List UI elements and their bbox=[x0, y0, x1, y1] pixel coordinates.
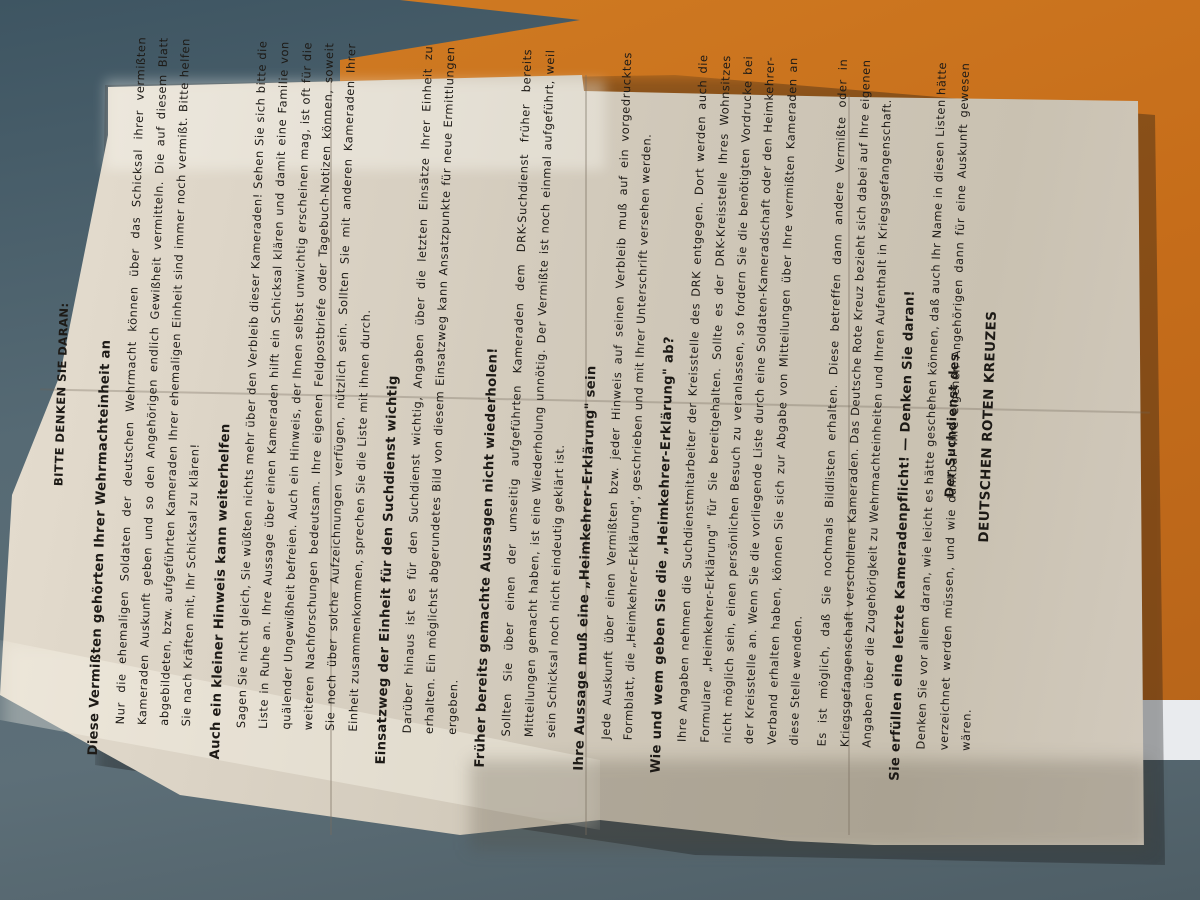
section-missing-persons: Diese Vermißten gehörten Ihrer Wehrmacht… bbox=[83, 36, 219, 759]
section-no-repeat: Früher bereits gemachte Aussagen nicht w… bbox=[470, 48, 584, 771]
section-paragraph: Es ist möglich, daß Sie nochmals Bildlis… bbox=[810, 58, 899, 780]
document-title: BITTE DENKEN SIE DARAN: bbox=[39, 34, 84, 754]
section-paragraph: Sagen Sie nicht gleich, Sie wüßten nicht… bbox=[229, 40, 385, 764]
section-deployment-route: Einsatzweg der Einheit für den Suchdiens… bbox=[371, 45, 485, 768]
section-how-to-submit: Wie und wem geben Sie die „Heimkehrer-Er… bbox=[646, 53, 899, 780]
section-paragraph: Ihre Angaben nehmen die Suchdienstmitarb… bbox=[670, 54, 826, 778]
section-small-hint: Auch ein kleiner Hinweis kann weiterhelf… bbox=[205, 39, 386, 764]
section-declaration: Ihre Aussage muß eine „Heimkehrer-Erklär… bbox=[569, 51, 660, 773]
signature-block: Der Suchdienst des DEUTSCHEN ROTEN KREUZ… bbox=[890, 180, 1050, 660]
